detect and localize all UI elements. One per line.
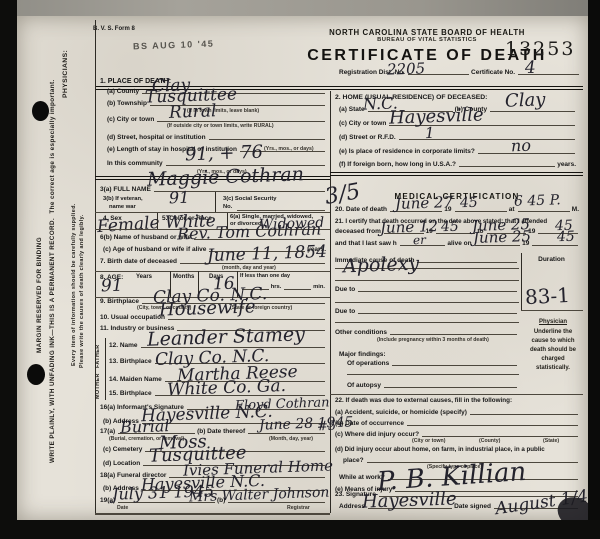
ssn-label2: No. [223, 204, 232, 211]
physician-note-title: Physician [525, 318, 581, 327]
home-city-label: (c) City or town [339, 120, 387, 127]
city-label: (c) City or town [107, 116, 155, 123]
cause-line-0 [417, 262, 517, 263]
death-m-label: M. [572, 206, 580, 213]
scanner-background-strip [0, 0, 600, 17]
due2-row: Due to [335, 305, 519, 315]
external-b-label: (b) Date of occurrence [335, 420, 405, 427]
other-conditions-caption: (Include pregnancy within 3 months of de… [377, 338, 489, 344]
external-d-label2: place? [343, 457, 365, 464]
ssn-label: 3(c) Social Security [223, 196, 276, 203]
due1-line [358, 291, 517, 292]
county-label: (a) County [107, 88, 140, 95]
attended-from-value: June 12 [380, 219, 439, 236]
margin-text-permanent-record: WRITE PLAINLY, WITH UNFADING INK—THIS IS… [50, 40, 56, 502]
home-county-line [490, 111, 575, 112]
form-number: B. V. S. Form 8 [93, 26, 135, 33]
home-corp-value: no [511, 138, 531, 155]
attended-from-label: deceased from [335, 228, 382, 235]
due1-line-2 [335, 302, 519, 303]
ssn-line [237, 210, 325, 211]
death-date-label: 20. Date of death [335, 206, 388, 213]
home-corp-label: (e) Is place of residence in corporate l… [339, 148, 476, 155]
age-min-line [284, 289, 311, 290]
veteran-value: 91 [169, 190, 190, 207]
external-heading: 22. If death was due to external causes,… [335, 397, 512, 404]
age-min-label: min. [313, 284, 326, 291]
external-c-caption-2: (County) [479, 439, 500, 445]
stray-mark-c: #5 [317, 420, 337, 434]
other-conditions-label: Other conditions [335, 329, 388, 336]
registrar-caption: Registrar [287, 506, 310, 512]
autopsy-label: Of autopsy [347, 382, 382, 389]
operations-line-2 [347, 374, 519, 375]
age-hrs-label: hrs. [271, 284, 283, 291]
age-years-value: 91 [101, 278, 123, 296]
city-value: Rural [169, 103, 217, 122]
received-date-stamp: BS AUG 10 '45 [133, 39, 215, 52]
occupation-label: 10. Usual occupation [100, 314, 166, 321]
stay-caption: (Yrs., mos., or days) [264, 147, 314, 153]
scan-edge-right [588, 0, 600, 539]
external-c-row: (c) Where did injury occur? [335, 428, 580, 438]
external-a-label: (a) Accident, suicide, or homicide (spec… [335, 409, 468, 416]
location-label: (d) Location [103, 460, 141, 467]
street-label: (d) Street, hospital or institution [107, 134, 207, 141]
filing-date-caption: Date [117, 506, 128, 512]
birthplace-label: 9. Birthplace [100, 298, 140, 305]
external-b-row: (b) Date of occurrence [335, 417, 580, 427]
due1-label: Due to [335, 286, 356, 293]
mother-bp-label: 15. Birthplace [109, 390, 153, 397]
home-foreign-line [459, 166, 555, 167]
right-section-rule [330, 172, 583, 176]
due2-line-2 [335, 322, 519, 323]
duration-header: Duration [523, 256, 580, 263]
certificate-no-label: Certificate No. [471, 69, 516, 76]
father-name-label: 12. Name [109, 342, 139, 349]
lastsaw-year-line [532, 245, 578, 246]
date-signed-label: Date signed [454, 503, 492, 510]
board-name: NORTH CAROLINA STATE BOARD OF HEALTH [267, 28, 587, 37]
scan-edge-bottom [0, 520, 600, 539]
margin-text-supplied: Every item of information should be care… [72, 140, 77, 430]
lastsaw-date-value: June 25 [473, 229, 532, 246]
death-date-value: June 27 [395, 195, 454, 212]
home-city-value: Hayesville [389, 106, 484, 127]
physician-addr-value: Hayesville [362, 490, 457, 511]
death-year-value: 45 [460, 196, 478, 211]
statistical-code-stamp: 83-1 [525, 285, 571, 307]
external-a-line [470, 414, 578, 415]
operations-line [392, 365, 517, 366]
punch-hole-bottom [27, 364, 45, 385]
duration-box-bottom [521, 310, 583, 311]
occupation-value: Housewife [159, 298, 256, 319]
lastsaw-label: and that I last saw h [335, 240, 398, 247]
scan-edge-left [0, 0, 17, 539]
home-foreign-years: years. [557, 161, 577, 168]
age-months-header: Months [173, 274, 194, 281]
veteran-ssn-divider [215, 192, 216, 212]
community-value: 91, + 76 [185, 144, 264, 165]
death-time-line [518, 211, 570, 212]
city-caption: (If outside city or town limits, write R… [167, 124, 274, 130]
disposal-date-caption: (Month, day, year) [269, 437, 313, 443]
duration-box-divider [521, 253, 522, 311]
external-a-row: (a) Accident, suicide, or homicide (spec… [335, 406, 580, 416]
punch-hole-top [32, 101, 49, 121]
physician-note-text: Underline the cause to which death shoul… [525, 328, 581, 373]
home-foreign-row: (f) If foreign born, how long in U.S.A.?… [339, 158, 577, 168]
home-foreign-label: (f) If foreign born, how long in U.S.A.? [339, 161, 457, 168]
father-side-label: FATHER [96, 342, 101, 370]
death-time-value: 6 45 P. [514, 193, 561, 209]
lastsaw-her-value: er [413, 234, 426, 246]
autopsy-row: Of autopsy [347, 379, 519, 389]
external-c-line [422, 436, 578, 437]
age-less-header: If less than one day [240, 273, 290, 279]
scanned-death-certificate: PHYSICIANS: MARGIN RESERVED FOR BINDING … [0, 0, 600, 539]
mother-bp-value: White Co. Ga. [167, 378, 287, 399]
birthdate-label: 7. Birth date of deceased [100, 258, 178, 265]
due2-line [358, 313, 517, 314]
city-row: (c) City or town [107, 113, 327, 123]
home-street-row: (d) Street or R.F.D. [339, 131, 577, 141]
mother-name-label: 14. Maiden Name [109, 376, 163, 383]
other-conditions-line [390, 334, 517, 335]
veteran-label2: name war [109, 204, 136, 211]
spouse-age-label: (c) Age of husband or wife if alive [103, 246, 207, 253]
column-divider-rule [330, 91, 331, 513]
lastsaw-row: and that I last saw h alive on 19 [335, 237, 580, 247]
other-conditions-row: Other conditions [335, 326, 519, 336]
external-d-label: (d) Did injury occur about home, on farm… [335, 446, 545, 453]
operations-row: Of operations [347, 357, 519, 367]
serial-number: 13253 [505, 38, 575, 60]
bottom-rule [95, 513, 330, 515]
autopsy-line [384, 387, 517, 388]
birthdate-value: June 11, 1854 [207, 244, 327, 265]
external-b-line [407, 425, 578, 426]
home-street-label: (d) Street or R.F.D. [339, 134, 397, 141]
cause-value: Apolexy [343, 255, 420, 277]
parents-label-divider [105, 338, 106, 400]
margin-permanent-line: WRITE PLAINLY, WITH UNFADING INK—THIS IS… [49, 218, 56, 463]
external-c-label: (c) Where did injury occur? [335, 431, 420, 438]
sex-race-divider [157, 213, 158, 229]
community-label: In this community [107, 160, 164, 167]
margin-age-line: The correct age is especially important. [49, 79, 56, 213]
operations-label: Of operations [347, 360, 390, 367]
home-corp-row: (e) Is place of residence in corporate l… [339, 145, 577, 155]
age-box-top [95, 271, 330, 272]
street-row: (d) Street, hospital or institution [107, 131, 327, 141]
external-divider [330, 394, 583, 395]
fullname-label: 3(a) FULL NAME [100, 186, 152, 193]
home-county-value: Clay [505, 91, 546, 110]
cemetery-label: (c) Cemetery [103, 446, 143, 453]
township-label: (b) Township [107, 100, 148, 107]
age-years-header: Years [136, 274, 152, 281]
home-street-value: 1 [425, 126, 435, 141]
form-left-rule [95, 20, 96, 513]
margin-text-physicians: PHYSICIANS: [63, 28, 70, 120]
fullname-value: Maggie Cothran [147, 165, 305, 189]
disposal-num-label: 17(a) [100, 428, 116, 435]
certificate-card: PHYSICIANS: MARGIN RESERVED FOR BINDING … [17, 16, 588, 520]
home-state-label: (a) State [339, 106, 366, 113]
lastsaw-year-value: 45 [557, 230, 575, 245]
home-heading: 2. HOME (USUAL RESIDENCE) OF DECEASED: [335, 94, 487, 102]
street-line [209, 139, 325, 140]
external-c-caption-1: (City or town) [412, 439, 445, 445]
cause-line-2 [335, 280, 519, 281]
due2-label: Due to [335, 308, 356, 315]
father-name-value: Leander Stamey [147, 325, 306, 350]
certificate-no-value: 4 [525, 60, 536, 77]
due1-row: Due to [335, 283, 519, 293]
registration-row: Registration Dist. No. Certificate No. [339, 66, 581, 76]
margin-text-legibly: Please write the causes of death clearly… [80, 150, 85, 432]
veteran-label: 3(b) If veteran, [103, 196, 143, 203]
mother-side-label: MOTHER [96, 372, 101, 400]
external-c-caption-3: (State) [543, 439, 559, 445]
father-bp-label: 13. Birthplace [109, 358, 153, 365]
registration-dist-value: 2205 [387, 61, 426, 77]
lastsaw-alive-label: alive on [447, 240, 472, 247]
attended-fromyear-value: 45 [441, 220, 459, 235]
